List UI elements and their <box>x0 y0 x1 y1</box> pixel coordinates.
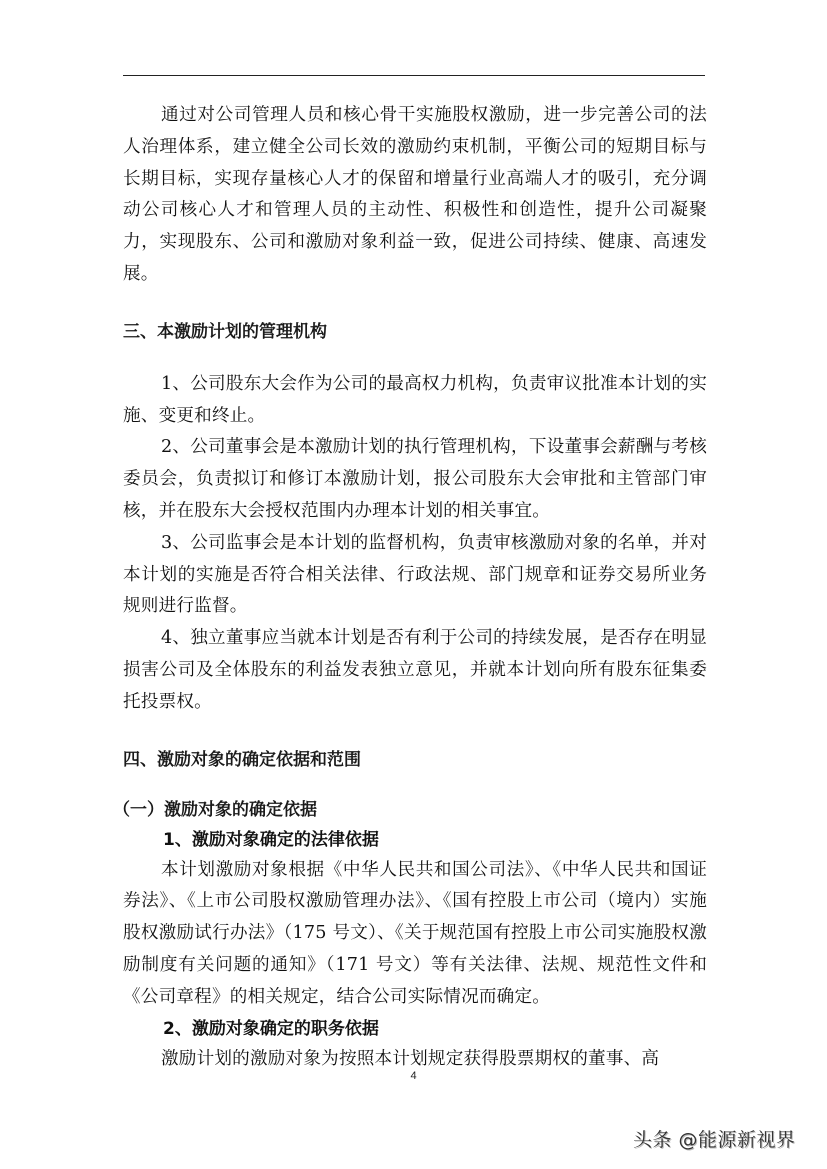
header-rule <box>123 75 705 76</box>
watermark: 头条 @能源新视界 <box>633 1125 796 1152</box>
page-number: 4 <box>0 1070 827 1082</box>
intro-paragraph: 通过对公司管理人员和核心骨干实施股权激励，进一步完善公司的法人治理体系，建立健全… <box>123 100 707 291</box>
section-3-heading: 三、本激励计划的管理机构 <box>123 317 707 347</box>
position-basis-heading: 2、激励对象确定的职务依据 <box>123 1014 707 1044</box>
legal-basis-text: 本计划激励对象根据《中华人民共和国公司法》、《中华人民共和国证券法》、《上市公司… <box>123 855 707 1014</box>
section-3-item-4: 4、独立董事应当就本计划是否有利于公司的持续发展，是否存在明显损害公司及全体股东… <box>123 623 707 718</box>
legal-basis-heading: 1、激励对象确定的法律依据 <box>123 825 707 855</box>
section-3-item-1: 1、公司股东大会作为公司的最高权力机构，负责审议批准本计划的实施、变更和终止。 <box>123 369 707 433</box>
section-4-subheading: （一）激励对象的确定依据 <box>113 795 707 825</box>
section-3-item-2: 2、公司董事会是本激励计划的执行管理机构，下设董事会薪酬与考核委员会，负责拟订和… <box>123 432 707 527</box>
document-page: 通过对公司管理人员和核心骨干实施股权激励，进一步完善公司的法人治理体系，建立健全… <box>123 100 707 1075</box>
section-3-item-3: 3、公司监事会是本计划的监督机构，负责审核激励对象的名单，并对本计划的实施是否符… <box>123 528 707 623</box>
section-4-heading: 四、激励对象的确定依据和范围 <box>123 745 707 775</box>
